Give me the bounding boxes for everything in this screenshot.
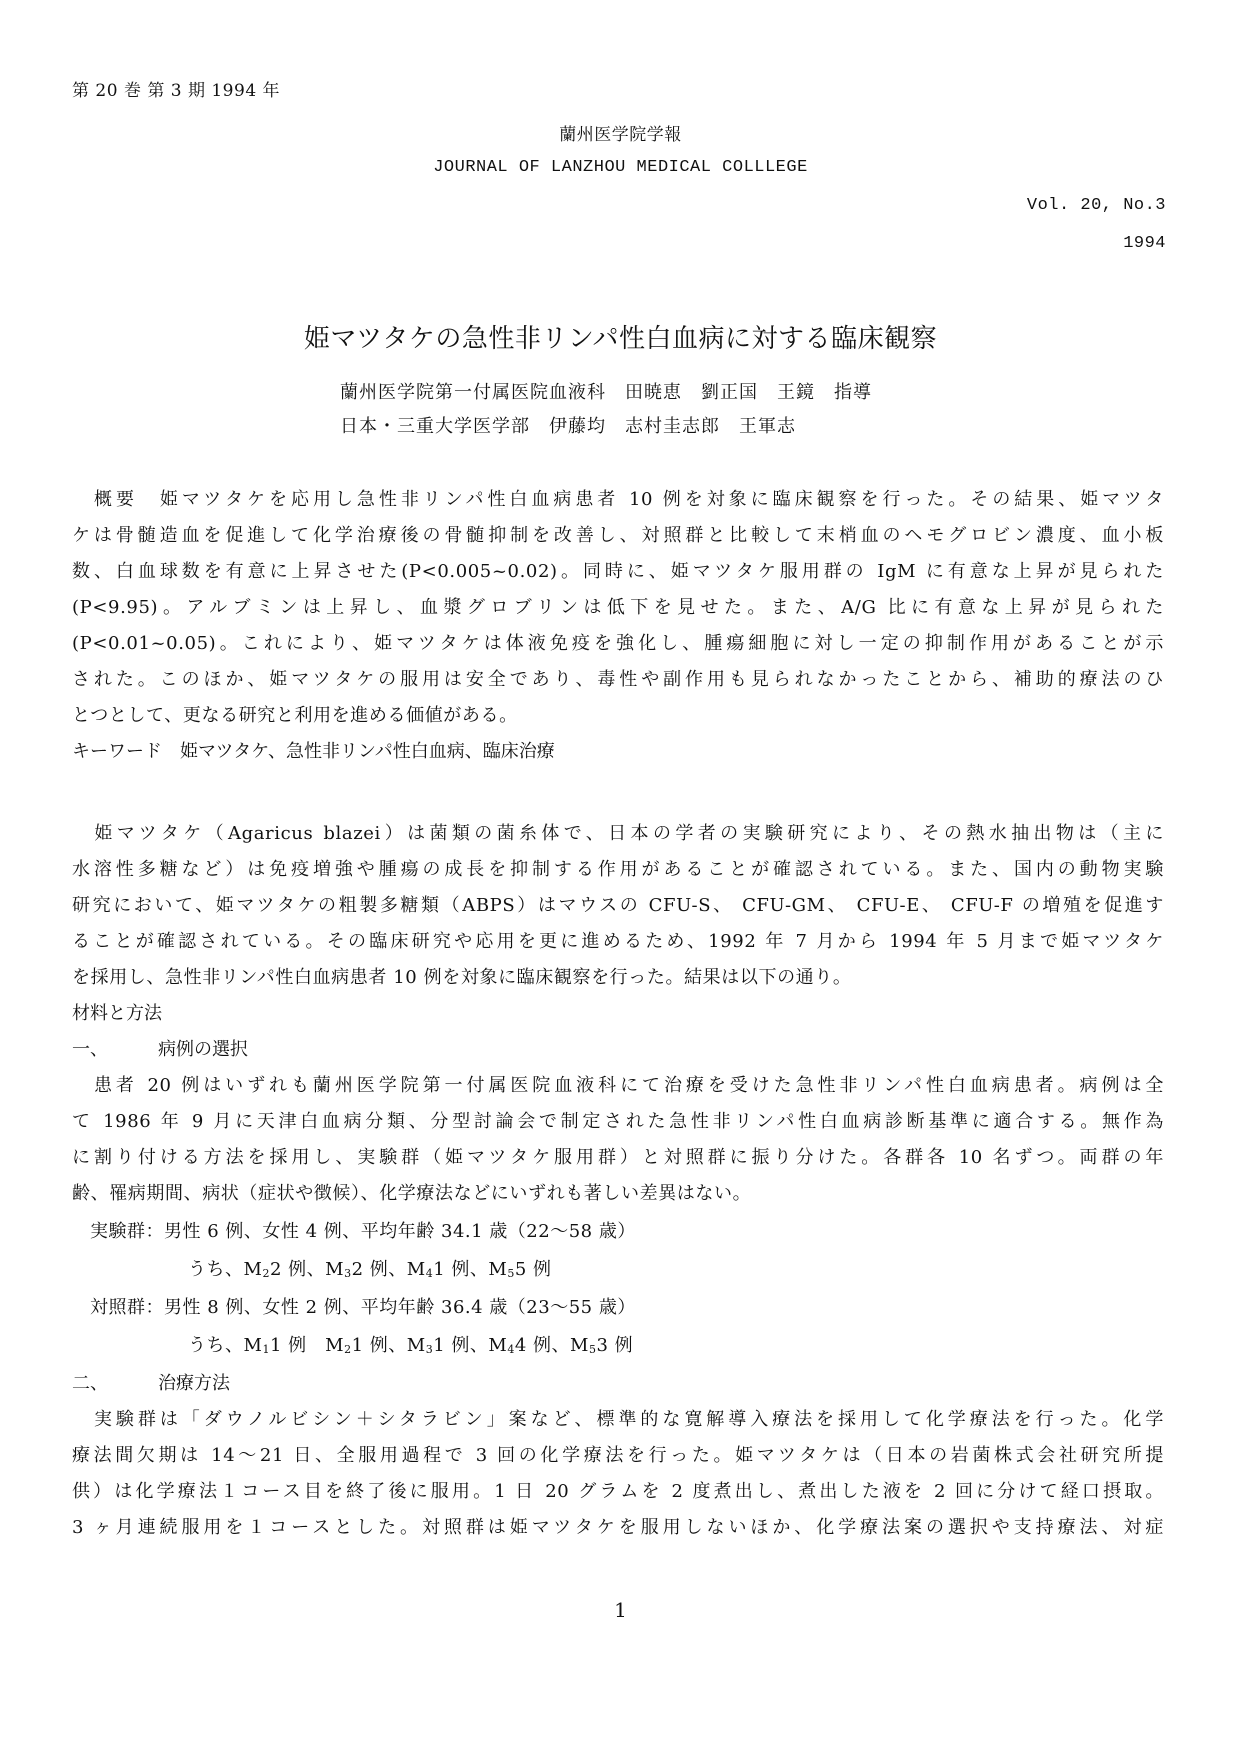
methods-line: て 1986 年 9 月に天津白血病分類、分型討論会で制定された急性非リンパ性白…: [72, 1108, 1164, 1136]
group-summary: 男性 8 例、女性 2 例、平均年齢 36.4 歳（23〜55 歳）: [164, 1297, 636, 1318]
subtype-m2: M21 例: [325, 1335, 388, 1356]
section-heading-treatment: 二、治療方法: [72, 1370, 230, 1398]
abstract-line: された。このほか、姫マツタケの服用は安全であり、毒性や副作用も見られなかったこと…: [72, 666, 1164, 694]
volume-number: Vol. 20, No.3: [1027, 196, 1166, 215]
subtype-m5: M53 例: [570, 1335, 633, 1356]
intro-line: ることが確認されている。その臨床研究や応用を更に進めるため、1992 年 7 月…: [72, 928, 1164, 956]
section-number: 二、: [72, 1370, 158, 1398]
subtypes-prefix: うち、: [188, 1259, 244, 1280]
methods-line: 齢、罹病期間、病状（症状や徴候）、化学療法などにいずれも著しい差異はない。: [72, 1180, 1164, 1208]
subtype-m3: M32 例: [325, 1259, 388, 1280]
group-label: 対照群：: [90, 1297, 164, 1318]
subtype-m3: M31 例: [407, 1335, 470, 1356]
abstract-line: とつとして、更なる研究と利用を進める価値がある。: [72, 702, 1164, 730]
group-summary: 男性 6 例、女性 4 例、平均年齢 34.1 歳（22〜58 歳）: [164, 1221, 636, 1242]
publication-year: 1994: [1123, 234, 1166, 253]
volume-issue: 第 20 巻 第 3 期 1994 年: [72, 76, 280, 101]
keywords: キーワード 姫マツタケ、急性非リンパ性白血病、臨床治療: [72, 738, 555, 766]
abstract-line: (P<9.95)。アルブミンは上昇し、血漿グロブリンは低下を見せた。また、A/G…: [72, 594, 1164, 622]
subtype-m2: M22 例: [244, 1259, 307, 1280]
experimental-group-summary: 実験群：男性 6 例、女性 4 例、平均年齢 34.1 歳（22〜58 歳）: [90, 1218, 636, 1246]
subtype-m5: M55 例: [488, 1259, 551, 1280]
intro-line: 研究において、姫マツタケの粗製多糖類（ABPS）はマウスの CFU-S、 CFU…: [72, 892, 1164, 920]
control-group-summary: 対照群：男性 8 例、女性 2 例、平均年齢 36.4 歳（23〜55 歳）: [90, 1294, 636, 1322]
methods-line: 患者 20 例はいずれも蘭州医学院第一付属医院血液科にて治療を受けた急性非リンパ…: [72, 1072, 1164, 1100]
intro-line: 水溶性多糖など）は免疫増強や腫瘍の成長を抑制する作用があることが確認されている。…: [72, 856, 1164, 884]
article-title: 姫マツタケの急性非リンパ性白血病に対する臨床観察: [0, 318, 1241, 355]
section-heading-case-selection: 一、病例の選択: [72, 1036, 248, 1064]
abstract-line: 数、白血球数を有意に上昇させた(P<0.005~0.02)。同時に、姫マツタケ服…: [72, 558, 1164, 586]
page-number: 1: [0, 1598, 1241, 1622]
treatment-line: 3 ヶ月連続服用を１コースとした。対照群は姫マツタケを服用しないほか、化学療法案…: [72, 1514, 1164, 1542]
section-title: 治療方法: [158, 1373, 230, 1394]
journal-name-en: JOURNAL OF LANZHOU MEDICAL COLLLEGE: [0, 158, 1241, 177]
journal-name-jp: 蘭州医学院学報: [0, 120, 1241, 145]
methods-line: に割り付ける方法を採用し、実験群（姫マツタケ服用群）と対照群に振り分けた。各群各…: [72, 1144, 1164, 1172]
treatment-line: 供）は化学療法１コース目を終了後に服用。1 日 20 グラムを 2 度煮出し、煮…: [72, 1478, 1164, 1506]
subtype-m4: M44 例: [488, 1335, 551, 1356]
section-number: 一、: [72, 1036, 158, 1064]
abstract-line: 概要 姫マツタケを応用し急性非リンパ性白血病患者 10 例を対象に臨床観察を行っ…: [72, 486, 1164, 514]
section-title: 病例の選択: [158, 1039, 248, 1060]
subtypes-prefix: うち、: [188, 1335, 244, 1356]
experimental-group-subtypes: うち、M22 例、M32 例、M41 例、M55 例: [188, 1256, 552, 1288]
authors-affiliation-2: 日本・三重大学医学部 伊藤均 志村圭志郎 王軍志: [340, 412, 796, 438]
control-group-subtypes: うち、M11 例 M21 例、M31 例、M44 例、M53 例: [188, 1332, 633, 1364]
treatment-line: 実験群は「ダウノルビシン＋シタラビン」案など、標準的な寛解導入療法を採用して化学…: [72, 1406, 1164, 1434]
authors-affiliation-1: 蘭州医学院第一付属医院血液科 田暁恵 劉正国 王鏡 指導: [340, 378, 872, 404]
intro-line: を採用し、急性非リンパ性白血病患者 10 例を対象に臨床観察を行った。結果は以下…: [72, 964, 1164, 992]
subtype-m1: M11 例: [244, 1335, 307, 1356]
subtype-m4: M41 例: [407, 1259, 470, 1280]
treatment-line: 療法間欠期は 14〜21 日、全服用過程で 3 回の化学療法を行った。姫マツタケ…: [72, 1442, 1164, 1470]
group-label: 実験群：: [90, 1221, 164, 1242]
abstract-line: ケは骨髄造血を促進して化学治療後の骨髄抑制を改善し、対照群と比較して末梢血のヘモ…: [72, 522, 1164, 550]
abstract-line: (P<0.01~0.05)。これにより、姫マツタケは体液免疫を強化し、腫瘍細胞に…: [72, 630, 1164, 658]
methods-heading: 材料と方法: [72, 1000, 162, 1028]
intro-line: 姫マツタケ（Agaricus blazei）は菌類の菌糸体で、日本の学者の実験研…: [72, 820, 1164, 848]
